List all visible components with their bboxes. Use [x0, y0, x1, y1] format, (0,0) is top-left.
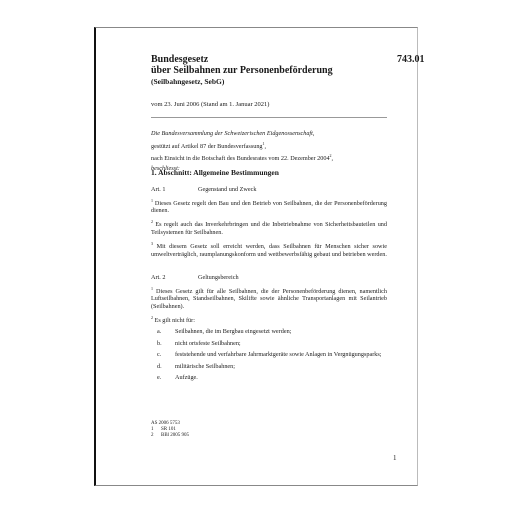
paragraph-number: 1 [151, 198, 153, 203]
list-item: c.feststehende und verfahrbare Jahrmarkt… [151, 351, 387, 359]
section-heading: 1. Abschnitt: Allgemeine Bestimmungen [151, 168, 279, 177]
title-line-1: Bundesgesetz [151, 54, 333, 65]
list-label: b. [151, 340, 175, 348]
article-title: Geltungsbereich [198, 274, 239, 282]
footnote: 2BBl 2005 905 [151, 433, 189, 439]
footnote-number: 2 [151, 433, 161, 439]
list-text: feststehende und verfahrbare Jahrmarktge… [175, 351, 381, 359]
exclusion-list: a.Seilbahnen, die im Bergbau eingesetzt … [151, 328, 387, 382]
footnote-text: BBl 2005 905 [161, 433, 189, 439]
list-item: a.Seilbahnen, die im Bergbau eingesetzt … [151, 328, 387, 336]
divider [151, 117, 387, 118]
paragraph-number: 2 [151, 315, 153, 320]
article-title: Gegenstand und Zweck [198, 186, 256, 194]
article-number: Art. 2 [151, 274, 198, 282]
sr-number: 743.01 [397, 54, 425, 65]
paragraph-number: 3 [151, 241, 153, 246]
article-1: Art. 1Gegenstand und Zweck1 Dieses Geset… [151, 186, 387, 262]
paragraph: 1 Dieses Gesetz gilt für alle Seilbahnen… [151, 285, 387, 311]
paragraph: 2 Es gilt nicht für: [151, 314, 387, 325]
paragraph: 3 Mit diesem Gesetz soll erreicht werden… [151, 240, 387, 258]
paragraph-number: 1 [151, 286, 153, 291]
document-page: 743.01 Bundesgesetz über Seilbahnen zur … [94, 27, 418, 486]
document-date: vom 23. Juni 2006 (Stand am 1. Januar 20… [151, 101, 269, 108]
paragraph: 1 Dieses Gesetz regelt den Bau und den B… [151, 197, 387, 215]
title-line-2: über Seilbahnen zur Personenbeförderung [151, 65, 333, 76]
list-label: d. [151, 363, 175, 371]
list-item: e.Aufzüge. [151, 374, 387, 382]
list-text: militärische Seilbahnen; [175, 363, 235, 371]
list-item: b.nicht ortsfeste Seilbahnen; [151, 340, 387, 348]
article-2: Art. 2Geltungsbereich1 Dieses Gesetz gil… [151, 274, 387, 386]
document-title: Bundesgesetz über Seilbahnen zur Persone… [151, 54, 333, 76]
paragraph: 2 Es regelt auch das Inverkehrbringen un… [151, 218, 387, 236]
list-text: Seilbahnen, die im Bergbau eingesetzt we… [175, 328, 291, 336]
list-label: e. [151, 374, 175, 382]
article-heading: Art. 2Geltungsbereich [151, 274, 387, 282]
list-text: Aufzüge. [175, 374, 198, 382]
article-heading: Art. 1Gegenstand und Zweck [151, 186, 387, 194]
paragraph-number: 2 [151, 219, 153, 224]
list-label: c. [151, 351, 175, 359]
preamble-line-3: nach Einsicht in die Botschaft des Bunde… [151, 151, 333, 164]
list-text: nicht ortsfeste Seilbahnen; [175, 340, 241, 348]
article-number: Art. 1 [151, 186, 198, 194]
page-number: 1 [393, 454, 397, 462]
footer-notes: AS 2006 5753 1SR 1012BBl 2005 905 [151, 421, 189, 439]
preamble-line-1: Die Bundesversammlung der Schweizerische… [151, 129, 333, 139]
list-label: a. [151, 328, 175, 336]
document-subtitle: (Seilbahngesetz, SebG) [151, 77, 224, 86]
preamble: Die Bundesversammlung der Schweizerische… [151, 129, 333, 173]
preamble-line-2: gestützt auf Artikel 87 der Bundesverfas… [151, 139, 333, 152]
list-item: d.militärische Seilbahnen; [151, 363, 387, 371]
